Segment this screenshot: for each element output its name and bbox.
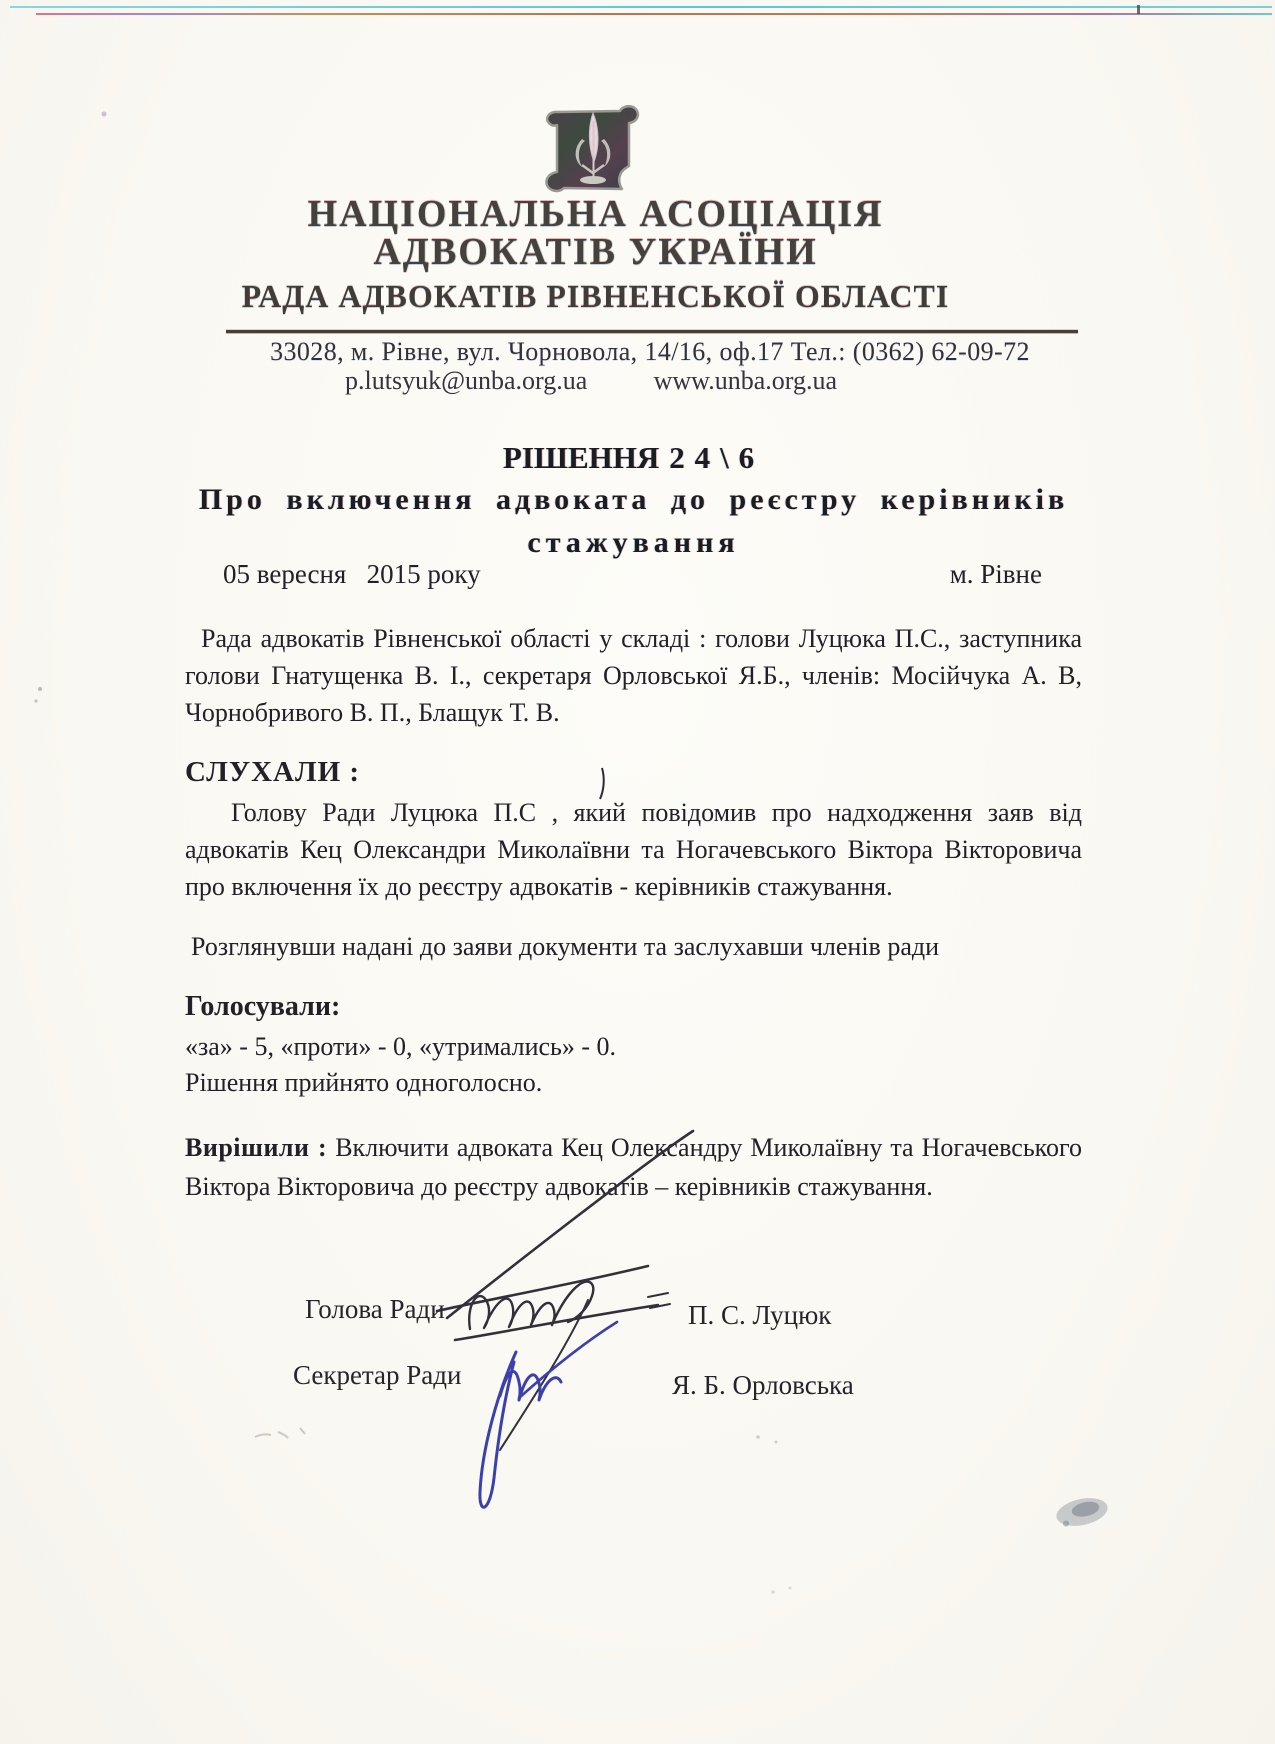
scanned-document-page: НАЦІОНАЛЬНА АСОЦІАЦІЯ АДВОКАТІВ УКРАЇНИ …	[0, 0, 1275, 1744]
decision-title-word: РІШЕННЯ	[503, 440, 659, 475]
decision-place: м. Рівне	[950, 559, 1082, 590]
org-name-line1: НАЦІОНАЛЬНА АСОЦІАЦІЯ	[58, 194, 1133, 234]
decision-subject-line2: стажування	[185, 526, 1082, 560]
secretary-name: Я. Б. Орловська	[672, 1370, 854, 1401]
org-address: 33028, м. Рівне, вул. Чорновола, 14/16, …	[200, 337, 1100, 367]
quill-scroll-emblem-icon	[538, 99, 648, 198]
scan-edge-tick	[1137, 5, 1140, 14]
scan-edge-line-red	[36, 13, 1272, 15]
resolved-paragraph: Вирішили : Включити адвоката Кец Олексан…	[185, 1128, 1082, 1206]
letterhead-divider	[226, 330, 1078, 333]
org-name-line2: АДВОКАТІВ УКРАЇНИ	[58, 232, 1133, 272]
scan-edge-line-cyan	[10, 6, 1272, 8]
voting-outcome: Рішення прийнято одноголосно.	[185, 1064, 542, 1101]
date-place-row: 05 вересня 2015 року м. Рівне	[185, 559, 1082, 590]
council-name: РАДА АДВОКАТІВ РІВНЕНСЬКОЇ ОБЛАСТІ	[58, 278, 1133, 314]
heard-section-label: СЛУХАЛИ :	[185, 756, 360, 789]
voting-results: «за» - 5, «проти» - 0, «утримались» - 0.	[185, 1028, 616, 1065]
secretary-signature-icon	[480, 1322, 617, 1507]
council-composition-paragraph: Рада адвокатів Рівненської області у скл…	[185, 620, 1082, 731]
decision-subject-line1: Про включення адвоката до реєстру керівн…	[165, 483, 1102, 517]
heard-paragraph: Голову Ради Луцюка П.С , який повідомив …	[185, 794, 1082, 905]
voting-section-label: Голосували:	[185, 991, 340, 1023]
bottom-right-smudge	[1054, 1494, 1110, 1530]
chairman-name: П. С. Луцюк	[688, 1300, 831, 1331]
resolved-label: Вирішили :	[185, 1133, 327, 1162]
org-email: p.lutsyuk@unba.org.ua	[345, 366, 587, 396]
letterhead: НАЦІОНАЛЬНА АСОЦІАЦІЯ АДВОКАТІВ УКРАЇНИ …	[58, 194, 1133, 314]
decision-number: 24\6	[669, 440, 764, 475]
reviewed-paragraph: Розглянувши надані до заяви документи та…	[191, 928, 1088, 965]
chairman-title: Голова Ради	[305, 1294, 445, 1325]
decision-date: 05 вересня 2015 року	[185, 559, 481, 590]
contact-row: p.lutsyuk@unba.org.ua www.unba.org.ua	[345, 366, 837, 396]
decision-title: РІШЕННЯ24\6	[185, 440, 1082, 476]
secretary-title: Секретар Ради	[293, 1360, 461, 1391]
org-website: www.unba.org.ua	[654, 366, 837, 396]
